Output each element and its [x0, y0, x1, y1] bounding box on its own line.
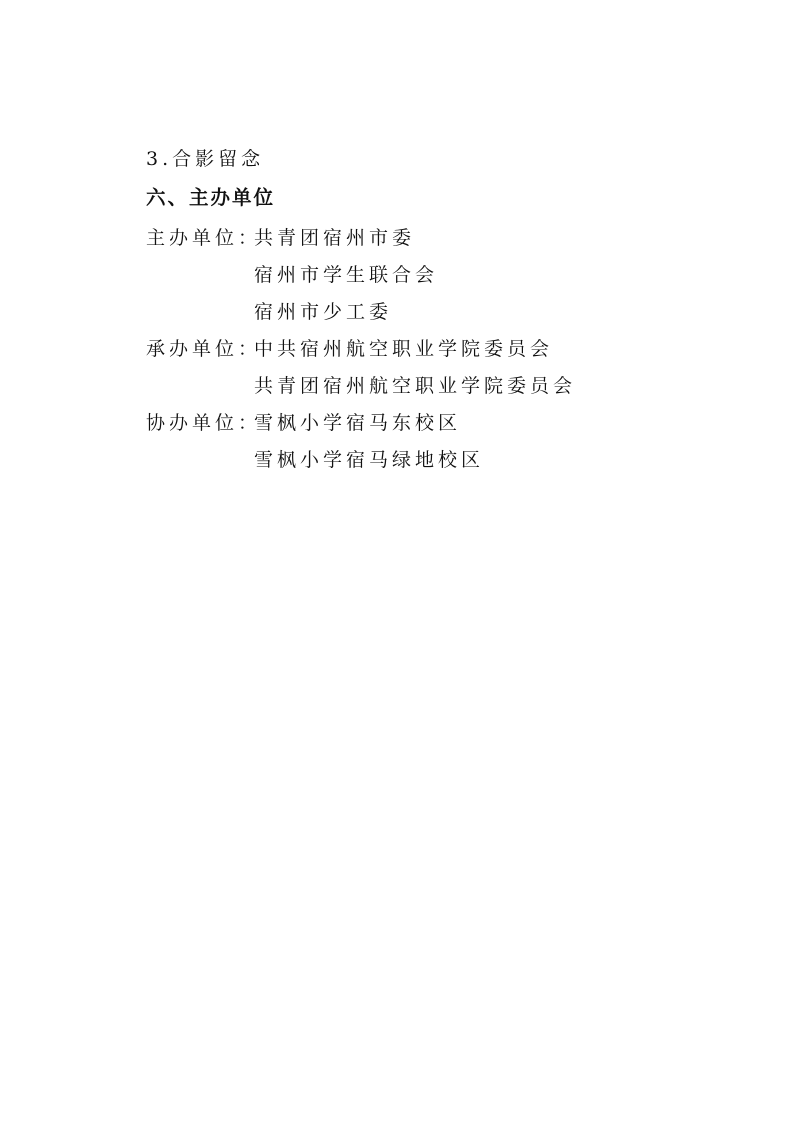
undertaker-entry: 中共宿州航空职业学院委员会 — [254, 338, 553, 360]
undertakers-label: 承办单位： — [146, 337, 254, 361]
co-organizers-label: 协办单位： — [146, 411, 254, 435]
organizer-entry: 共青团宿州市委 — [254, 227, 415, 249]
undertaker-entry: 共青团宿州航空职业学院委员会 — [254, 374, 576, 398]
organizers-row: 主办单位：共青团宿州市委 — [146, 226, 415, 250]
co-organizers-row: 协办单位：雪枫小学宿马东校区 — [146, 411, 461, 435]
document-page: 3.合影留念 六、主办单位 主办单位：共青团宿州市委 宿州市学生联合会 宿州市少… — [0, 0, 793, 1122]
section-heading-organizers: 六、主办单位 — [146, 186, 275, 210]
organizer-entry: 宿州市学生联合会 — [254, 263, 438, 287]
undertakers-row: 承办单位：中共宿州航空职业学院委员会 — [146, 337, 553, 361]
list-item-group-photo: 3.合影留念 — [146, 147, 264, 171]
organizers-label: 主办单位： — [146, 226, 254, 250]
co-organizer-entry: 雪枫小学宿马绿地校区 — [254, 448, 484, 472]
co-organizer-entry: 雪枫小学宿马东校区 — [254, 412, 461, 434]
organizer-entry: 宿州市少工委 — [254, 300, 392, 324]
